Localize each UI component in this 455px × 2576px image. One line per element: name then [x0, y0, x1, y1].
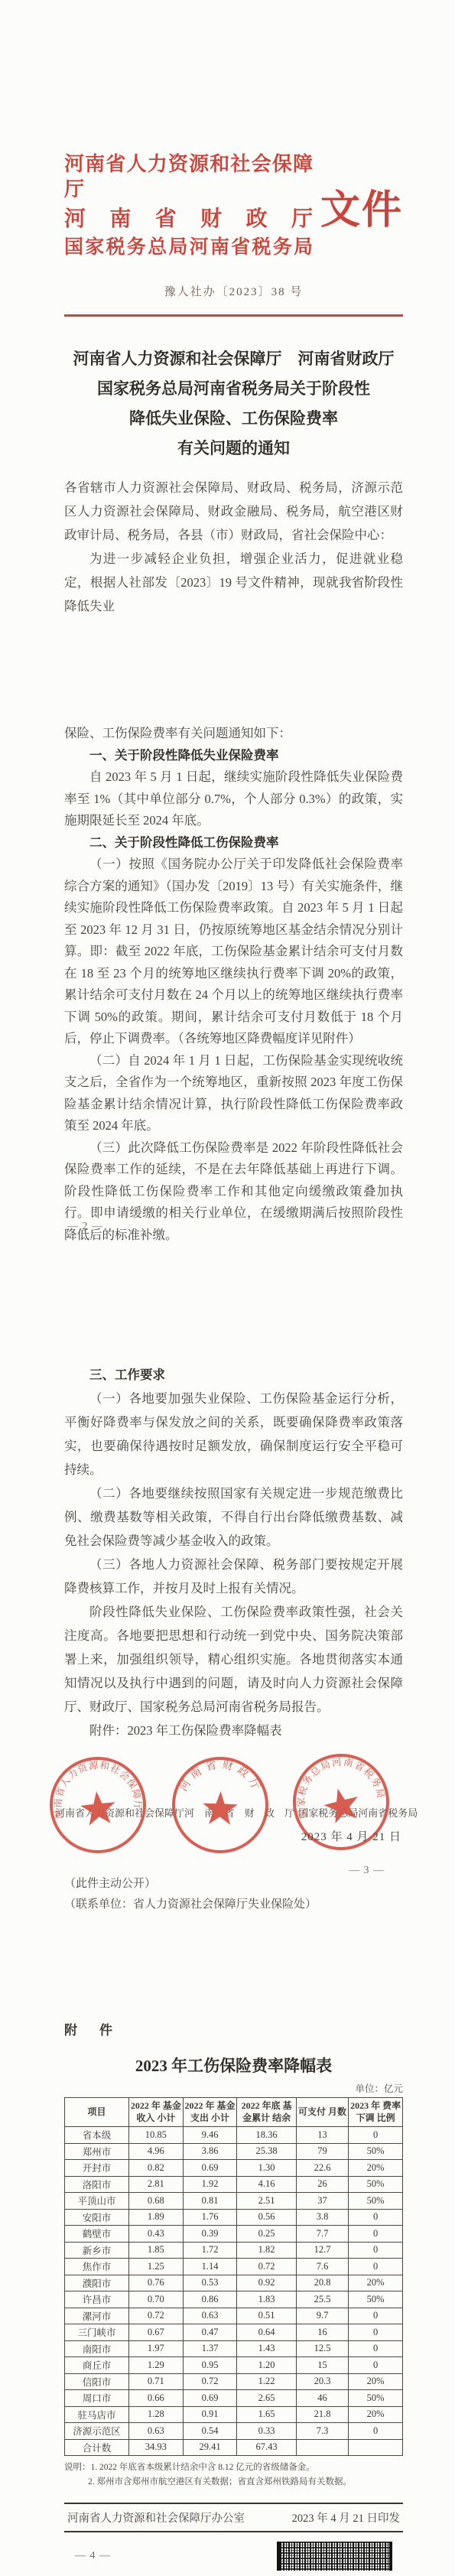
- table-cell: 0: [349, 2308, 403, 2324]
- table-cell: 1.22: [237, 2373, 296, 2390]
- table-cell: 12.7: [296, 2242, 349, 2259]
- table-cell: 20%: [349, 2160, 403, 2177]
- table-cell: 26: [296, 2176, 349, 2193]
- table-cell: 0.25: [237, 2226, 296, 2243]
- table-cell: 1.65: [237, 2406, 296, 2423]
- table-cell: [349, 2439, 403, 2456]
- column-header: 2022 年 基金支出 小计: [183, 2098, 237, 2127]
- table-cell: 1.14: [183, 2259, 237, 2275]
- table-cell: 0.86: [183, 2291, 237, 2308]
- table-row: 许昌市0.700.861.8325.550%: [65, 2291, 403, 2308]
- table-cell: 0.95: [183, 2357, 237, 2374]
- section-2-item-3: （三）此次降低工伤保险费率是 2022 年阶段性降低社会保险费率工作的延续，不是…: [64, 1137, 403, 1247]
- table-cell: 0.70: [128, 2291, 183, 2308]
- section-3-item-2: （二）各地要继续按照国家有关规定进一步规范缴费比例、缴费基数等相关政策，不得自行…: [64, 1482, 403, 1553]
- table-cell: 信阳市: [65, 2373, 129, 2390]
- table-cell: [296, 2439, 349, 2456]
- table-cell: 周口市: [65, 2390, 129, 2407]
- closing-paragraph: 阶段性降低失业保险、工伤保险费率政策性强，社会关注度高。各地要把思想和行动统一到…: [64, 1600, 403, 1719]
- document-number: 豫人社办〔2023〕38 号: [64, 283, 403, 299]
- table-cell: 0: [349, 2127, 403, 2144]
- star-icon: [202, 1791, 238, 1825]
- table-row: 郑州市4.963.8625.387950%: [65, 2143, 403, 2160]
- table-row: 省本级10.859.4618.36130: [65, 2127, 403, 2144]
- table-cell: 10.85: [128, 2127, 183, 2144]
- column-header: 2023 年 费率下调 比例: [349, 2098, 403, 2127]
- table-row: 濮阳市0.760.530.9220.820%: [65, 2275, 403, 2291]
- table-cell: 郑州市: [65, 2143, 129, 2160]
- table-cell: 0.54: [183, 2423, 237, 2440]
- page-number-1: — 1 —: [349, 574, 385, 586]
- table-cell: 0.63: [183, 2308, 237, 2324]
- table-cell: 50%: [349, 2390, 403, 2407]
- signature-date: 2023 年 4 月 21 日: [301, 1828, 401, 1844]
- table-cell: 0.51: [237, 2308, 296, 2324]
- table-cell: 25.5: [296, 2291, 349, 2308]
- table-row: 南阳市1.971.371.4312.50: [65, 2340, 403, 2357]
- table-notes: 说明：1. 2022 年底省本级累计结余中含 8.12 亿元的省级储备金。 2.…: [64, 2461, 403, 2489]
- table-cell: 20%: [349, 2406, 403, 2423]
- table-cell: 0.63: [128, 2423, 183, 2440]
- table-cell: 34.93: [128, 2439, 183, 2456]
- table-cell: 1.89: [128, 2209, 183, 2226]
- title-line-4: 有关问题的通知: [64, 434, 403, 463]
- document-notes: （此件主动公开） （联系单位：省人力资源社会保障厅失业保险处）: [64, 1874, 403, 1915]
- table-cell: 50%: [349, 2193, 403, 2210]
- page-2-body: 保险、工伤保险费率有关问题通知如下： 一、关于阶段性降低失业保险费率 自 202…: [64, 723, 403, 1246]
- unit-note: 单位：亿元: [64, 2081, 403, 2095]
- table-cell: 0.53: [183, 2275, 237, 2291]
- section-3-heading: 三、工作要求: [64, 1363, 403, 1387]
- table-row: 合计数34.9329.4167.43: [65, 2439, 403, 2456]
- table-cell: 67.43: [237, 2439, 296, 2456]
- letterhead-agency-3: 国家税务总局河南省税务局: [64, 236, 313, 260]
- letterhead-agency-1: 河南省人力资源和社会保障厅: [64, 151, 313, 203]
- table-cell: 25.38: [237, 2143, 296, 2160]
- table-cell: 新乡市: [65, 2242, 129, 2259]
- table-cell: 0.64: [237, 2324, 296, 2341]
- svg-text:河南省财政厅: 河南省财政厅: [177, 1756, 265, 1796]
- table-cell: 22.6: [296, 2160, 349, 2177]
- disclosure-note: （此件主动公开）: [64, 1874, 403, 1895]
- table-cell: 0.39: [183, 2226, 237, 2243]
- section-2-item-1: （一）按照《国务院办公厅关于印发降低社会保险费率综合方案的通知》（国办发〔201…: [64, 854, 403, 1050]
- table-cell: 0.82: [128, 2160, 183, 2177]
- table-cell: 0.76: [128, 2275, 183, 2291]
- table-cell: 鹤壁市: [65, 2226, 129, 2243]
- document-barcode: [277, 2542, 392, 2571]
- table-cell: 9.46: [183, 2127, 237, 2144]
- table-cell: 焦作市: [65, 2259, 129, 2275]
- table-cell: 许昌市: [65, 2291, 129, 2308]
- attachment-label: 附 件: [64, 2019, 403, 2038]
- rate-table-title: 2023 年工伤保险费率降幅表: [64, 2054, 403, 2077]
- table-cell: 商丘市: [65, 2357, 129, 2374]
- table-cell: 1.25: [128, 2259, 183, 2275]
- table-cell: 15: [296, 2357, 349, 2374]
- table-cell: 20%: [349, 2275, 403, 2291]
- table-cell: 1.43: [237, 2340, 296, 2357]
- table-cell: 7.6: [296, 2259, 349, 2275]
- table-cell: 9.7: [296, 2308, 349, 2324]
- table-cell: 0.72: [183, 2373, 237, 2390]
- table-cell: 46: [296, 2390, 349, 2407]
- rate-reduction-table: 项目2022 年 基金收入 小计2022 年 基金支出 小计2022 年底 基金…: [64, 2097, 403, 2456]
- title-line-2: 国家税务总局河南省税务局关于阶段性: [64, 374, 403, 404]
- table-cell: 1.28: [128, 2406, 183, 2423]
- table-cell: 1.72: [183, 2242, 237, 2259]
- section-2-item-2: （二）自 2024 年 1 月 1 日起，工伤保险基金实现统收统支之后，全省作为…: [64, 1050, 403, 1137]
- table-cell: 50%: [349, 2291, 403, 2308]
- table-cell: 0.91: [183, 2406, 237, 2423]
- table-cell: 29.41: [183, 2439, 237, 2456]
- addressees-paragraph: 各省辖市人力资源社会保障局、财政局、税务局，济源示范区人力资源社会保障局、财政金…: [64, 476, 403, 547]
- letterhead-agency-2: 河南省财政厅: [64, 206, 313, 233]
- table-note-2: 2. 郑州市含郑州市航空港区有关数据；省直含郑州铁路局有关数据。: [64, 2475, 403, 2489]
- letterhead: 河南省人力资源和社会保障厅 河南省财政厅 国家税务总局河南省税务局 文件: [64, 0, 403, 260]
- table-row: 鹤壁市0.430.390.257.70: [65, 2226, 403, 2243]
- column-header: 项目: [65, 2098, 129, 2127]
- table-cell: 安阳市: [65, 2209, 129, 2226]
- table-cell: 0.66: [128, 2390, 183, 2407]
- table-cell: 0: [349, 2324, 403, 2341]
- attachment-reference: 附件：2023 年工伤保险费率降幅表: [64, 1719, 403, 1742]
- table-cell: 3.86: [183, 2143, 237, 2160]
- table-cell: 0.67: [128, 2324, 183, 2341]
- table-cell: 0: [349, 2242, 403, 2259]
- table-cell: 37: [296, 2193, 349, 2210]
- table-cell: 16: [296, 2324, 349, 2341]
- table-row: 平顶山市0.680.812.513750%: [65, 2193, 403, 2210]
- table-cell: 21.8: [296, 2406, 349, 2423]
- table-row: 济源示范区0.630.540.337.30: [65, 2423, 403, 2440]
- page-3: 三、工作要求 （一）各地要加强失业保险、工伤保险基金运行分析，平衡好降费率与保发…: [0, 1270, 455, 2004]
- table-row: 商丘市1.290.951.20150: [65, 2357, 403, 2374]
- page-number-3: — 3 —: [349, 1865, 385, 1877]
- table-cell: 驻马店市: [65, 2406, 129, 2423]
- page-3-body: 三、工作要求 （一）各地要加强失业保险、工伤保险基金运行分析，平衡好降费率与保发…: [64, 1363, 403, 1742]
- print-date: 2023 年 4 月 21 日印发: [292, 2509, 400, 2526]
- table-cell: 2.65: [237, 2390, 296, 2407]
- table-cell: 0.72: [237, 2259, 296, 2275]
- table-cell: 0: [349, 2423, 403, 2440]
- table-cell: 0: [349, 2259, 403, 2275]
- section-3-item-1: （一）各地要加强失业保险、工伤保险基金运行分析，平衡好降费率与保发放之间的关系，…: [64, 1387, 403, 1482]
- table-cell: 1.83: [237, 2291, 296, 2308]
- table-row: 新乡市1.851.721.8212.70: [65, 2242, 403, 2259]
- table-cell: 13: [296, 2127, 349, 2144]
- letterhead-agencies: 河南省人力资源和社会保障厅 河南省财政厅 国家税务总局河南省税务局: [64, 151, 313, 260]
- table-cell: 0: [349, 2340, 403, 2357]
- table-cell: 0.68: [128, 2193, 183, 2210]
- section-1-heading: 一、关于阶段性降低失业保险费率: [64, 745, 403, 767]
- rate-table-header-row: 项目2022 年 基金收入 小计2022 年 基金支出 小计2022 年底 基金…: [65, 2098, 403, 2127]
- contact-note: （联系单位：省人力资源社会保障厅失业保险处）: [64, 1895, 403, 1915]
- official-seal-hrss: 河南省人力资源和社会保障厅: [42, 1749, 153, 1860]
- bottom-row: — 4 —: [64, 2542, 403, 2571]
- table-cell: 7.7: [296, 2226, 349, 2243]
- table-cell: 0: [349, 2357, 403, 2374]
- table-cell: 0.47: [183, 2324, 237, 2341]
- table-cell: 0: [349, 2209, 403, 2226]
- title-line-1: 河南省人力资源和社会保障厅 河南省财政厅: [64, 344, 403, 374]
- official-document: 河南省人力资源和社会保障厅 河南省财政厅 国家税务总局河南省税务局 文件 豫人社…: [0, 0, 455, 2576]
- table-cell: 三门峡市: [65, 2324, 129, 2341]
- table-row: 信阳市0.710.721.2220.320%: [65, 2373, 403, 2390]
- table-cell: 0.81: [183, 2193, 237, 2210]
- table-cell: 1.20: [237, 2357, 296, 2374]
- official-seal-finance: 河南省财政厅: [168, 1753, 273, 1858]
- table-cell: 漯河市: [65, 2308, 129, 2324]
- table-cell: 50%: [349, 2143, 403, 2160]
- table-cell: 0.33: [237, 2423, 296, 2440]
- table-cell: 20%: [349, 2373, 403, 2390]
- column-header: 可支付 月数: [296, 2098, 349, 2127]
- table-row: 周口市0.660.692.654650%: [65, 2390, 403, 2407]
- table-row: 安阳市1.891.760.563.80: [65, 2209, 403, 2226]
- table-row: 焦作市1.251.140.727.60: [65, 2259, 403, 2275]
- title-line-3: 降低失业保险、工伤保险费率: [64, 404, 403, 434]
- column-header: 2022 年 基金收入 小计: [128, 2098, 183, 2127]
- table-cell: 0.69: [183, 2390, 237, 2407]
- table-cell: 济源示范区: [65, 2423, 129, 2440]
- table-cell: 开封市: [65, 2160, 129, 2177]
- table-cell: 0.71: [128, 2373, 183, 2390]
- table-cell: 4.96: [128, 2143, 183, 2160]
- table-cell: 1.85: [128, 2242, 183, 2259]
- table-row: 开封市0.820.691.3022.620%: [65, 2160, 403, 2177]
- official-seal-tax: 国家税务总局河南省税务局: [280, 1741, 402, 1863]
- table-cell: 0.92: [237, 2275, 296, 2291]
- table-note-1: 说明：1. 2022 年底省本级累计结余中含 8.12 亿元的省级储备金。: [64, 2461, 403, 2474]
- issuing-office: 河南省人力资源和社会保障厅办公室: [67, 2509, 245, 2526]
- section-3-item-3: （三）各地人力资源社会保障、税务部门要按规定开展降费核算工作，并按月及时上报有关…: [64, 1553, 403, 1600]
- page-1: 河南省人力资源和社会保障厅 河南省财政厅 国家税务总局河南省税务局 文件 豫人社…: [0, 0, 455, 635]
- table-cell: 1.37: [183, 2340, 237, 2357]
- page-1-body: 各省辖市人力资源社会保障局、财政局、税务局，济源示范区人力资源社会保障局、财政金…: [64, 476, 403, 618]
- letterhead-rule: [64, 314, 403, 317]
- table-cell: 平顶山市: [65, 2193, 129, 2210]
- table-cell: 0: [349, 2226, 403, 2243]
- star-icon: [321, 1784, 363, 1825]
- table-cell: 0.72: [128, 2308, 183, 2324]
- continuation-paragraph: 保险、工伤保险费率有关问题通知如下：: [64, 723, 403, 745]
- column-header: 2022 年底 基金累计 结余: [237, 2098, 296, 2127]
- table-cell: 20.8: [296, 2275, 349, 2291]
- table-cell: 洛阳市: [65, 2176, 129, 2193]
- table-cell: 4.16: [237, 2176, 296, 2193]
- star-icon: [79, 1790, 117, 1826]
- table-row: 漯河市0.720.630.519.70: [65, 2308, 403, 2324]
- table-cell: 省本级: [65, 2127, 129, 2144]
- letterhead-doc-type: 文件: [320, 177, 403, 235]
- page-number-4: — 4 —: [75, 2550, 111, 2562]
- signature-seal-zone: 河南省人力资源和社会保障厅 河 南 省 财 政 厅 国家税务总局河南省税务局 河…: [64, 1755, 403, 1866]
- table-row: 洛阳市2.811.924.162650%: [65, 2176, 403, 2193]
- section-2-heading: 二、关于阶段性降低工伤保险费率: [64, 832, 403, 854]
- table-cell: 18.36: [237, 2127, 296, 2144]
- table-cell: 20.3: [296, 2373, 349, 2390]
- document-title: 河南省人力资源和社会保障厅 河南省财政厅 国家税务总局河南省税务局关于阶段性 降…: [64, 344, 403, 463]
- table-cell: 3.8: [296, 2209, 349, 2226]
- table-cell: 1.92: [183, 2176, 237, 2193]
- section-1-paragraph: 自 2023 年 5 月 1 日起，继续实施阶段性降低失业保险费率至 1%（其中…: [64, 766, 403, 832]
- table-cell: 2.81: [128, 2176, 183, 2193]
- print-band: 河南省人力资源和社会保障厅办公室 2023 年 4 月 21 日印发: [64, 2503, 403, 2532]
- table-cell: 12.5: [296, 2340, 349, 2357]
- table-cell: 1.82: [237, 2242, 296, 2259]
- table-cell: 合计数: [65, 2439, 129, 2456]
- table-row: 驻马店市1.280.911.6521.820%: [65, 2406, 403, 2423]
- page-number-2: — 2 —: [67, 1221, 103, 1233]
- table-cell: 1.29: [128, 2357, 183, 2374]
- table-cell: 0.69: [183, 2160, 237, 2177]
- table-row: 三门峡市0.670.470.64160: [65, 2324, 403, 2341]
- table-cell: 濮阳市: [65, 2275, 129, 2291]
- table-cell: 50%: [349, 2176, 403, 2193]
- table-cell: 南阳市: [65, 2340, 129, 2357]
- table-cell: 0.56: [237, 2209, 296, 2226]
- table-cell: 1.76: [183, 2209, 237, 2226]
- table-cell: 2.51: [237, 2193, 296, 2210]
- rate-table-body: 省本级10.859.4618.36130郑州市4.963.8625.387950…: [65, 2127, 403, 2456]
- table-cell: 1.97: [128, 2340, 183, 2357]
- table-cell: 7.3: [296, 2423, 349, 2440]
- page-2: 保险、工伤保险费率有关问题通知如下： 一、关于阶段性降低失业保险费率 自 202…: [0, 635, 455, 1270]
- page-4-attachment: 附 件 2023 年工伤保险费率降幅表 单位：亿元 项目2022 年 基金收入 …: [0, 2004, 455, 2576]
- table-cell: 1.30: [237, 2160, 296, 2177]
- table-cell: 0.43: [128, 2226, 183, 2243]
- table-cell: 79: [296, 2143, 349, 2160]
- seal-text-2: 河南省财政厅: [177, 1756, 265, 1796]
